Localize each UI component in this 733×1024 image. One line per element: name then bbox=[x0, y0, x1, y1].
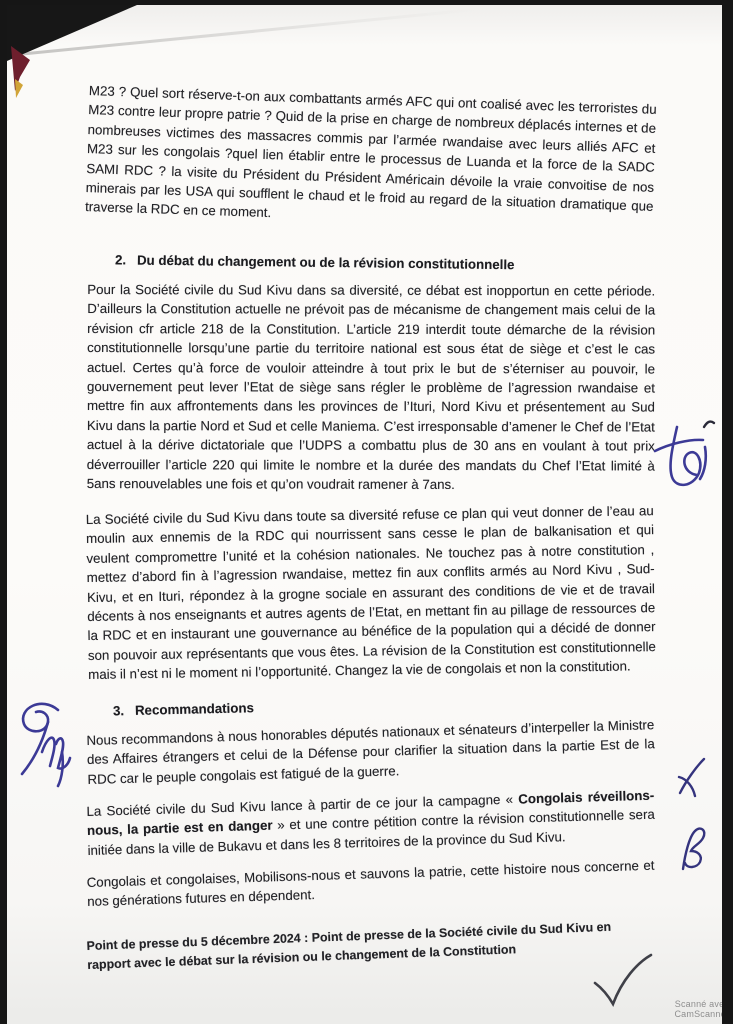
document-content: M23 ? Quel sort réserve-t-on aux combatt… bbox=[87, 81, 655, 975]
scanned-document-photo: { "colors": { "frame": "#161616", "paper… bbox=[0, 0, 733, 1024]
paragraph-campagne: La Société civile du Sud Kivu lance à pa… bbox=[86, 786, 655, 861]
handwritten-blue-b-mark bbox=[675, 825, 707, 873]
footer-note: Point de presse du 5 décembre 2024 : Poi… bbox=[86, 917, 647, 975]
paragraph-debat: Pour la Société civile du Sud Kivu dans … bbox=[87, 280, 656, 495]
heading-text: Du débat du changement ou de la révision… bbox=[137, 250, 515, 274]
handwritten-blue-ti-mark bbox=[647, 417, 719, 503]
paragraph-recommandations: Nous recommandons à nous honorables dépu… bbox=[86, 715, 655, 789]
paragraph-mobilisation: Congolais et congolaises, Mobilisons-nou… bbox=[86, 856, 655, 912]
camscanner-watermark: Scanné avec CamScanner bbox=[637, 999, 722, 1019]
heading-number: 3. bbox=[113, 701, 135, 721]
colored-corner-mark bbox=[8, 43, 36, 101]
heading-number: 2. bbox=[115, 250, 137, 270]
paper-page: M23 ? Quel sort réserve-t-on aux combatt… bbox=[7, 5, 722, 1024]
handwritten-blue-a-mark bbox=[673, 755, 709, 799]
section-heading-2: 2. Du débat du changement ou de la révis… bbox=[87, 250, 655, 276]
paragraph-refus: La Société civile du Sud Kivu dans toute… bbox=[86, 501, 657, 685]
handwritten-blue-paraph-mark bbox=[12, 700, 74, 790]
heading-text: Recommandations bbox=[135, 699, 254, 721]
paragraph-m23: M23 ? Quel sort réserve-t-on aux combatt… bbox=[85, 81, 657, 236]
